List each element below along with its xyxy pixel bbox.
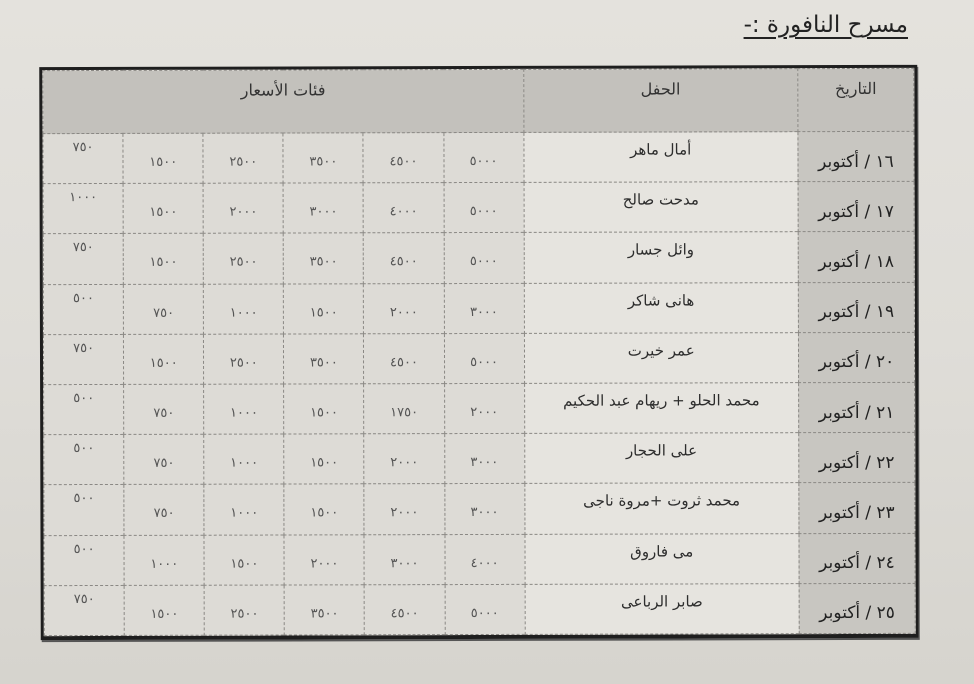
page-title: مسرح النافورة :- <box>744 12 908 38</box>
price-cell: ٢٠٠٠ <box>444 383 524 433</box>
price-cell: ١٥٠٠ <box>123 183 203 233</box>
schedule-table-frame: التاريخ الحفل فئات الأسعار ١٦ / أكتوبرأم… <box>39 65 918 640</box>
table-row: ٢١ / أكتوبرمحمد الحلو + ريهام عبد الحكيم… <box>44 382 915 434</box>
price-cell: ٧٥٠ <box>43 334 123 384</box>
concert-schedule-table: التاريخ الحفل فئات الأسعار ١٦ / أكتوبرأم… <box>42 68 915 636</box>
price-cell: ١٥٠٠ <box>284 384 364 434</box>
header-date: التاريخ <box>798 68 914 131</box>
concert-cell: على الحجار <box>524 433 798 484</box>
price-cell: ٥٠٠٠ <box>445 584 525 635</box>
concert-cell: محمد الحلو + ريهام عبد الحكيم <box>524 383 798 434</box>
concert-cell: محمد ثروت +مروة ناجى <box>524 483 798 534</box>
price-cell: ٤٥٠٠ <box>365 584 445 635</box>
price-cell: ٢٥٠٠ <box>203 233 283 283</box>
date-cell: ٢٥ / أكتوبر <box>799 583 915 634</box>
date-cell: ١٧ / أكتوبر <box>798 182 914 232</box>
date-cell: ١٨ / أكتوبر <box>798 232 914 282</box>
price-cell: ١٠٠٠ <box>204 384 284 434</box>
price-cell: ٤٥٠٠ <box>363 133 443 183</box>
price-cell: ٣٠٠٠ <box>444 283 524 333</box>
date-cell: ٢٣ / أكتوبر <box>799 483 915 533</box>
price-cell: ٢٥٠٠ <box>204 585 284 636</box>
price-cell: ٣٠٠٠ <box>444 484 524 534</box>
price-cell: ١٠٠٠ <box>43 184 123 234</box>
price-cell: ٣٥٠٠ <box>284 334 364 384</box>
price-cell: ٥٠٠٠ <box>444 233 524 283</box>
concert-cell: مى فاروق <box>525 533 799 584</box>
date-cell: ٢٠ / أكتوبر <box>798 332 914 382</box>
table-row: ٢٠ / أكتوبرعمر خيرت٥٠٠٠٤٥٠٠٣٥٠٠٢٥٠٠١٥٠٠٧… <box>43 332 914 384</box>
price-cell: ٤٥٠٠ <box>364 233 444 283</box>
price-cell: ١٠٠٠ <box>204 284 284 334</box>
price-cell: ٢٠٠٠ <box>364 484 444 534</box>
concert-cell: هانى شاكر <box>524 282 798 333</box>
table-row: ٢٤ / أكتوبرمى فاروق٤٠٠٠٣٠٠٠٢٠٠٠١٥٠٠١٠٠٠٥… <box>44 533 915 585</box>
price-cell: ١٠٠٠ <box>204 434 284 484</box>
price-cell: ٧٥٠ <box>43 234 123 284</box>
price-cell: ١٥٠٠ <box>284 434 364 484</box>
date-cell: ٢٤ / أكتوبر <box>799 533 915 583</box>
price-cell: ٤٥٠٠ <box>364 333 444 383</box>
price-cell: ٧٥٠ <box>124 434 204 484</box>
concert-cell: عمر خيرت <box>524 332 798 383</box>
price-cell: ٧٥٠ <box>124 384 204 434</box>
price-cell: ٥٠٠ <box>44 535 124 585</box>
date-cell: ٢٢ / أكتوبر <box>799 432 915 482</box>
price-cell: ٣٥٠٠ <box>284 233 364 283</box>
concert-cell: وائل جسار <box>524 232 798 283</box>
price-cell: ٢٠٠٠ <box>203 183 283 233</box>
price-cell: ٣٥٠٠ <box>283 133 363 183</box>
price-cell: ١٥٠٠ <box>124 585 204 636</box>
price-cell: ٢٠٠٠ <box>364 283 444 333</box>
table-row: ٢٣ / أكتوبرمحمد ثروت +مروة ناجى٣٠٠٠٢٠٠٠١… <box>44 483 915 535</box>
price-cell: ١٥٠٠ <box>204 535 284 585</box>
price-cell: ٧٥٠ <box>44 585 124 636</box>
concert-cell: مدحت صالح <box>524 182 798 233</box>
price-cell: ١٥٠٠ <box>284 283 364 333</box>
date-cell: ١٦ / أكتوبر <box>798 131 914 181</box>
concert-cell: صابر الرباعى <box>525 583 799 634</box>
price-cell: ١٥٠٠ <box>123 234 203 284</box>
price-cell: ١٠٠٠ <box>124 535 204 585</box>
date-cell: ٢١ / أكتوبر <box>798 382 914 432</box>
price-cell: ١٥٠٠ <box>123 133 203 183</box>
price-cell: ٥٠٠ <box>44 485 124 535</box>
price-cell: ٥٠٠ <box>43 284 123 334</box>
price-cell: ٥٠٠٠ <box>444 333 524 383</box>
price-cell: ٥٠٠ <box>44 435 124 485</box>
price-cell: ١٠٠٠ <box>204 484 284 534</box>
price-cell: ١٧٥٠ <box>364 384 444 434</box>
date-cell: ١٩ / أكتوبر <box>798 282 914 332</box>
price-cell: ٧٥٠ <box>124 284 204 334</box>
price-cell: ١٥٠٠ <box>284 484 364 534</box>
price-cell: ٣٠٠٠ <box>283 183 363 233</box>
table-row: ١٦ / أكتوبرأمال ماهر٥٠٠٠٤٥٠٠٣٥٠٠٢٥٠٠١٥٠٠… <box>43 131 914 183</box>
header-concert: الحفل <box>523 69 797 133</box>
table-row: ٢٥ / أكتوبرصابر الرباعى٥٠٠٠٤٥٠٠٣٥٠٠٢٥٠٠١… <box>44 583 915 636</box>
price-cell: ١٥٠٠ <box>124 334 204 384</box>
price-cell: ٣٠٠٠ <box>444 434 524 484</box>
table-row: ١٨ / أكتوبروائل جسار٥٠٠٠٤٥٠٠٣٥٠٠٢٥٠٠١٥٠٠… <box>43 232 914 284</box>
price-cell: ٥٠٠٠ <box>443 132 523 182</box>
header-price-categories: فئات الأسعار <box>43 69 524 133</box>
price-cell: ٣٥٠٠ <box>284 584 364 635</box>
table-row: ٢٢ / أكتوبرعلى الحجار٣٠٠٠٢٠٠٠١٥٠٠١٠٠٠٧٥٠… <box>44 432 915 484</box>
price-cell: ٥٠٠ <box>44 384 124 434</box>
table-row: ١٩ / أكتوبرهانى شاكر٣٠٠٠٢٠٠٠١٥٠٠١٠٠٠٧٥٠٥… <box>43 282 914 334</box>
table-row: ١٧ / أكتوبرمدحت صالح٥٠٠٠٤٠٠٠٣٠٠٠٢٠٠٠١٥٠٠… <box>43 182 914 234</box>
price-cell: ٢٥٠٠ <box>203 133 283 183</box>
price-cell: ٧٥٠ <box>43 133 123 183</box>
header-row: التاريخ الحفل فئات الأسعار <box>43 68 914 133</box>
price-cell: ٥٠٠٠ <box>444 183 524 233</box>
price-cell: ٣٠٠٠ <box>364 534 444 584</box>
price-cell: ٢٥٠٠ <box>204 334 284 384</box>
price-cell: ٤٠٠٠ <box>444 534 524 584</box>
document-page: مسرح النافورة :- التاريخ الحفل فئات الأس… <box>0 0 974 684</box>
concert-cell: أمال ماهر <box>524 132 798 183</box>
price-cell: ٢٠٠٠ <box>364 434 444 484</box>
price-cell: ٤٠٠٠ <box>363 183 443 233</box>
price-cell: ٢٠٠٠ <box>284 534 364 584</box>
price-cell: ٧٥٠ <box>124 485 204 535</box>
